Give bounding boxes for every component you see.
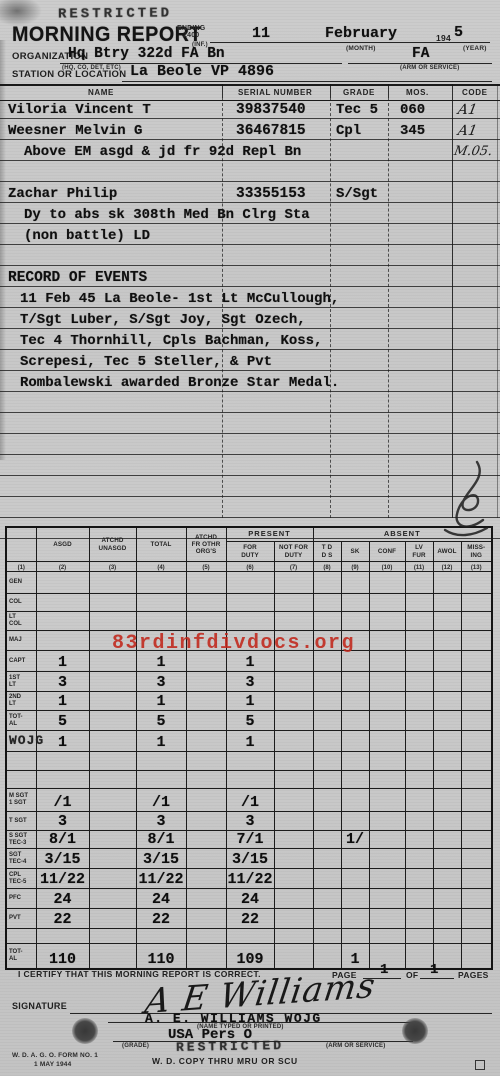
strength-cell [341,771,369,789]
strength-cell [461,909,492,929]
strength-cell: 22 [226,909,274,929]
strength-cell [226,752,274,771]
entry-row: Zachar Philip33355153S/Sgt [0,182,500,203]
strength-col-number: (4) [136,562,186,572]
strength-cell: 1 [226,731,274,752]
strength-cell: /1 [136,789,186,812]
roster-rows: Viloria Vincent T39837540Tec 5060A1Weesn… [0,98,500,539]
strength-cell [136,752,186,771]
ending-label: ENDING [177,25,205,32]
strength-cell [274,944,313,969]
strength-blank-row [6,771,492,789]
strength-cell [341,692,369,711]
ruled-line [0,455,500,476]
strength-col-number: (2) [36,562,89,572]
strength-cell [341,752,369,771]
strength-cell [369,631,405,651]
strength-cell [89,752,136,771]
strength-row: WOJG111 [6,731,492,752]
strength-cell [274,752,313,771]
ruled-line [0,434,500,455]
strength-row: PFC242424 [6,889,492,909]
strength-cell [36,929,89,944]
rank-label: CAPT [6,651,36,672]
strength-cell [461,812,492,831]
ending-time: 2400 [177,32,205,39]
cell-name: Zachar Philip [8,187,117,201]
strength-cell [89,672,136,692]
form-date: 1 MAY 1944 [34,1061,71,1068]
cell-serial: 36467815 [236,124,306,138]
strength-cell [369,572,405,594]
strength-cell [313,789,341,812]
strength-cell [433,631,461,651]
strength-cell [89,889,136,909]
strength-cell [274,909,313,929]
strength-row: SGT TEC-43/153/153/15 [6,849,492,869]
strength-cell [36,631,89,651]
strength-cell [461,631,492,651]
strength-cell [369,612,405,631]
rank-label: M SGT 1 SGT [6,789,36,812]
strength-cell [461,692,492,711]
strength-header-groups: ASGDATCHD UNASGDTOTALATCHD FR OTHR ORG'S… [6,527,492,542]
column-guide-serial [222,98,223,518]
strength-col-number: (7) [274,562,313,572]
strength-cell [313,869,341,889]
strength-cell: 24 [36,889,89,909]
strength-cell [274,572,313,594]
strength-cell [461,752,492,771]
strength-cell [461,889,492,909]
strength-cell [369,929,405,944]
strength-cell [313,812,341,831]
strength-cell [313,831,341,849]
strength-cell [461,849,492,869]
strength-cell [313,889,341,909]
event-line: Rombalewski awarded Bronze Star Medal. [20,376,339,390]
strength-cell: 24 [226,889,274,909]
strength-cell [226,771,274,789]
strength-row: LT COL [6,612,492,631]
strength-col-label: FOR DUTY [226,542,274,562]
strength-cell [405,572,433,594]
strength-cell [461,572,492,594]
rank-label: MAJ [6,631,36,651]
strength-cell [341,572,369,594]
cell-grade: S/Sgt [336,187,378,201]
note-row: (non battle) LD [0,224,500,245]
strength-cell [313,731,341,752]
strength-cell [186,929,226,944]
strength-col-label: ATCHD UNASGD [89,527,136,562]
strength-cell: 3 [226,812,274,831]
strength-table: ASGDATCHD UNASGDTOTALATCHD FR OTHR ORG'S… [5,526,493,970]
rank-label: PFC [6,889,36,909]
strength-cell [36,752,89,771]
strength-cell [433,789,461,812]
strength-row: TOT- AL555 [6,711,492,731]
strength-cell [433,594,461,612]
strength-cell: 3 [36,672,89,692]
strength-cell: 3 [136,812,186,831]
rank-label: SGT TEC-4 [6,849,36,869]
organization-underline [60,48,342,64]
signature-label: SIGNATURE [12,1001,67,1011]
ruled-line [0,413,500,434]
cell-code-handwritten: A1 [457,124,478,138]
strength-cell [274,889,313,909]
strength-cell [186,909,226,929]
pages-underline [420,963,454,979]
strength-col-label: ATCHD FR OTHR ORG'S [186,527,226,562]
strength-col-number: (1) [6,562,36,572]
strength-cell [369,594,405,612]
strength-cell [433,909,461,929]
strength-cell [186,752,226,771]
col-code: CODE [462,88,488,97]
strength-cell [89,909,136,929]
header-divider [388,84,389,98]
strength-cell [274,831,313,849]
strength-cell [461,789,492,812]
strength-row: GEN [6,572,492,594]
strength-cell [89,944,136,969]
cell-serial: 39837540 [236,103,306,117]
strength-cell [369,771,405,789]
strength-cell [433,711,461,731]
strength-cell [433,651,461,672]
form-title: MORNING REPORT [12,22,202,47]
rank-label-text: WOJG [9,734,44,749]
strength-cell: 1 [226,692,274,711]
strength-cell [461,944,492,969]
strength-cell: 11/22 [226,869,274,889]
strength-cell [405,631,433,651]
cell-code-handwritten: M.05. [453,145,494,159]
strength-cell: /1 [36,789,89,812]
strength-cell [313,771,341,789]
strength-cell [313,594,341,612]
strength-cell: 3/15 [136,849,186,869]
strength-cell [461,771,492,789]
strength-cell [405,909,433,929]
event-row: Rombalewski awarded Bronze Star Medal. [0,371,500,392]
strength-cell: 1 [36,651,89,672]
col-grade: GRADE [343,88,375,97]
strength-cell [313,711,341,731]
punch-hole-right [402,1018,428,1044]
name-underline [108,1007,418,1023]
strength-cell: 1 [136,692,186,711]
strength-cell [274,612,313,631]
strength-cell [136,594,186,612]
strength-row: 1ST LT333 [6,672,492,692]
strength-cell [89,572,136,594]
strength-cell [89,831,136,849]
strength-cell: 1 [36,692,89,711]
strength-cell [369,672,405,692]
corner-checkbox [475,1060,485,1070]
cell-grade: Cpl [336,124,361,138]
strength-cell [186,771,226,789]
ending-block: ENDING 2400 [177,25,205,39]
strength-cell [369,869,405,889]
rank-label: WOJG [6,731,36,752]
strength-cell [89,771,136,789]
strength-cell [186,612,226,631]
strength-cell: 11/22 [36,869,89,889]
strength-cell [405,752,433,771]
day-field: 11 [252,25,270,42]
strength-cell [186,831,226,849]
strength-cell [405,869,433,889]
strength-cell: 110 [36,944,89,969]
strength-cell: 8/1 [136,831,186,849]
strength-cell [433,672,461,692]
strength-col-label: ASGD [36,527,89,562]
strength-cell [433,812,461,831]
strength-cell [274,812,313,831]
strength-cell [274,849,313,869]
strength-header-numbers: (1)(2)(3)(4)(5)(6)(7)(8)(9)(10)(11)(12)(… [6,562,492,572]
station-label: STATION OR LOCATION [12,69,126,80]
arm-underline [348,48,492,64]
restricted-stamp-top: RESTRICTED [58,6,172,23]
right-edge-line [497,84,498,518]
strength-cell [186,812,226,831]
strength-cell [369,651,405,672]
strength-cell: 3/15 [226,849,274,869]
strength-row: T SGT333 [6,812,492,831]
strength-cell [461,711,492,731]
strength-cell [274,731,313,752]
rank-label: GEN [6,572,36,594]
cell-name: Viloria Vincent T [8,103,151,117]
rank-label: CPL TEC-5 [6,869,36,889]
roster-section: NAME SERIAL NUMBER GRADE MOS. CODE Vilor… [0,84,500,518]
strength-cell [405,929,433,944]
strength-col-label: CONF [369,542,405,562]
strength-cell [136,572,186,594]
strength-cell [341,789,369,812]
strength-cell [369,849,405,869]
strength-row: M SGT 1 SGT/1/1/1 [6,789,492,812]
strength-row: S SGT TEC-38/18/17/11/ [6,831,492,849]
header-divider [330,84,331,98]
strength-col-label: LV FUR [405,542,433,562]
strength-col-label: T D D S [313,542,341,562]
note-row: Above EM asgd & jd fr 92d Repl BnM.05. [0,140,500,161]
strength-cell [369,692,405,711]
strength-row: PVT222222 [6,909,492,929]
strength-col-number: (10) [369,562,405,572]
strength-cell: 3 [226,672,274,692]
strength-col-label: NOT FOR DUTY [274,542,313,562]
strength-col-label: TOTAL [136,527,186,562]
strength-cell [369,789,405,812]
col-serial: SERIAL NUMBER [238,88,312,97]
strength-cell [186,731,226,752]
rank-label: 2ND LT [6,692,36,711]
strength-cell [405,831,433,849]
strength-cell [313,612,341,631]
strength-col-number: (6) [226,562,274,572]
strength-cell [36,594,89,612]
strength-cell [433,849,461,869]
strength-cell [226,929,274,944]
strength-cell [313,752,341,771]
strength-cell [405,889,433,909]
rank-label: PVT [6,909,36,929]
strength-col-number: (12) [433,562,461,572]
strength-cell [36,612,89,631]
site-watermark: 83rdinfdivdocs.org [112,632,355,655]
rank-label: TOT- AL [6,711,36,731]
cell-mos: 345 [400,124,425,138]
strength-cell [405,771,433,789]
strength-cell [405,692,433,711]
punch-hole-left [72,1018,98,1044]
footer-arm-label: (ARM OR SERVICE) [326,1043,385,1049]
header-divider [222,84,223,98]
cell-name: Weesner Melvin G [8,124,142,138]
strength-col-label: SK [341,542,369,562]
form-number: W. D. A. G. O. FORM NO. 1 [12,1052,98,1059]
strength-cell [433,612,461,631]
strength-cell [405,711,433,731]
col-name: NAME [88,88,114,97]
strength-cell [433,752,461,771]
strength-cell [36,771,89,789]
strength-cell [89,869,136,889]
strength-row: COL [6,594,492,612]
strength-cell: 3 [136,672,186,692]
rank-label: S SGT TEC-3 [6,831,36,849]
heading-row: RECORD OF EVENTS [0,266,500,287]
rank-label: 1ST LT [6,672,36,692]
strength-cell [89,789,136,812]
strength-cell: 8/1 [36,831,89,849]
strength-cell [274,929,313,944]
year-preprint: 194 [436,33,451,43]
rank-label: LT COL [6,612,36,631]
event-line: Tec 4 Thornhill, Cpls Bachman, Koss, [20,334,322,348]
cell-code-handwritten: A1 [457,103,478,117]
strength-cell [369,711,405,731]
handwritten-flourish-icon [437,458,495,542]
strength-cell [313,929,341,944]
strength-cell: 7/1 [226,831,274,849]
strength-cell [313,909,341,929]
strength-cell [341,594,369,612]
strength-blank-row [6,752,492,771]
month-field: February [325,25,397,42]
event-line: 11 Feb 45 La Beole- 1st Lt McCullough, [20,292,339,306]
strength-cell [461,731,492,752]
column-guide-grade [330,98,331,518]
strength-cell [433,572,461,594]
column-guide-mos [388,98,389,518]
entry-row: Weesner Melvin G36467815Cpl345A1 [0,119,500,140]
strength-cell [274,672,313,692]
strength-cell: 1/ [341,831,369,849]
strength-cell [274,789,313,812]
note-text: (non battle) LD [24,229,150,243]
strength-cell [433,692,461,711]
rank-label [6,771,36,789]
strength-cell [274,711,313,731]
strength-col-number: (13) [461,562,492,572]
strength-cell [186,572,226,594]
strength-cell [274,594,313,612]
strength-cell [369,812,405,831]
col-mos: MOS. [406,88,429,97]
strength-cell [369,909,405,929]
strength-cell [341,672,369,692]
strength-cell [341,909,369,929]
cell-mos: 060 [400,103,425,117]
strength-cell [341,731,369,752]
strength-cell [136,612,186,631]
strength-col-number: (8) [313,562,341,572]
note-text: Above EM asgd & jd fr 92d Repl Bn [24,145,301,159]
strength-cell [405,812,433,831]
strength-cell [313,572,341,594]
strength-cell [461,929,492,944]
rank-label: TOT- AL [6,944,36,969]
morning-report-scan: RESTRICTED MORNING REPORT ENDING 2400 11… [0,0,500,1076]
ruled-line [0,161,500,182]
strength-cell [89,612,136,631]
strength-cell [341,869,369,889]
strength-cell [313,944,341,969]
strength-cell [89,812,136,831]
strength-cell: 11/22 [136,869,186,889]
strength-cell [313,692,341,711]
strength-blank-row [6,929,492,944]
strength-col-label: AWOL [433,542,461,562]
rank-label [6,929,36,944]
present-group-label: PRESENT [226,527,313,542]
rank-label: COL [6,594,36,612]
strength-cell [341,929,369,944]
strength-cell: 22 [36,909,89,929]
strength-cell [274,692,313,711]
copy-note: W. D. COPY THRU MRU OR SCU [152,1056,298,1066]
strength-cell [369,831,405,849]
col-1-header [6,527,36,562]
strength-cell [369,731,405,752]
strength-cell [89,929,136,944]
entry-row: Viloria Vincent T39837540Tec 5060A1 [0,98,500,119]
strength-cell [433,771,461,789]
strength-cell [226,612,274,631]
strength-cell: 5 [136,711,186,731]
strength-cell [461,651,492,672]
strength-cell [461,612,492,631]
strength-cell [341,612,369,631]
cell-grade: Tec 5 [336,103,378,117]
strength-cell [136,771,186,789]
strength-cell: 24 [136,889,186,909]
strength-cell [461,831,492,849]
strength-cell [405,731,433,752]
ruled-line [0,476,500,497]
strength-cell: 110 [136,944,186,969]
events-heading: RECORD OF EVENTS [8,271,147,285]
strength-col-number: (9) [341,562,369,572]
